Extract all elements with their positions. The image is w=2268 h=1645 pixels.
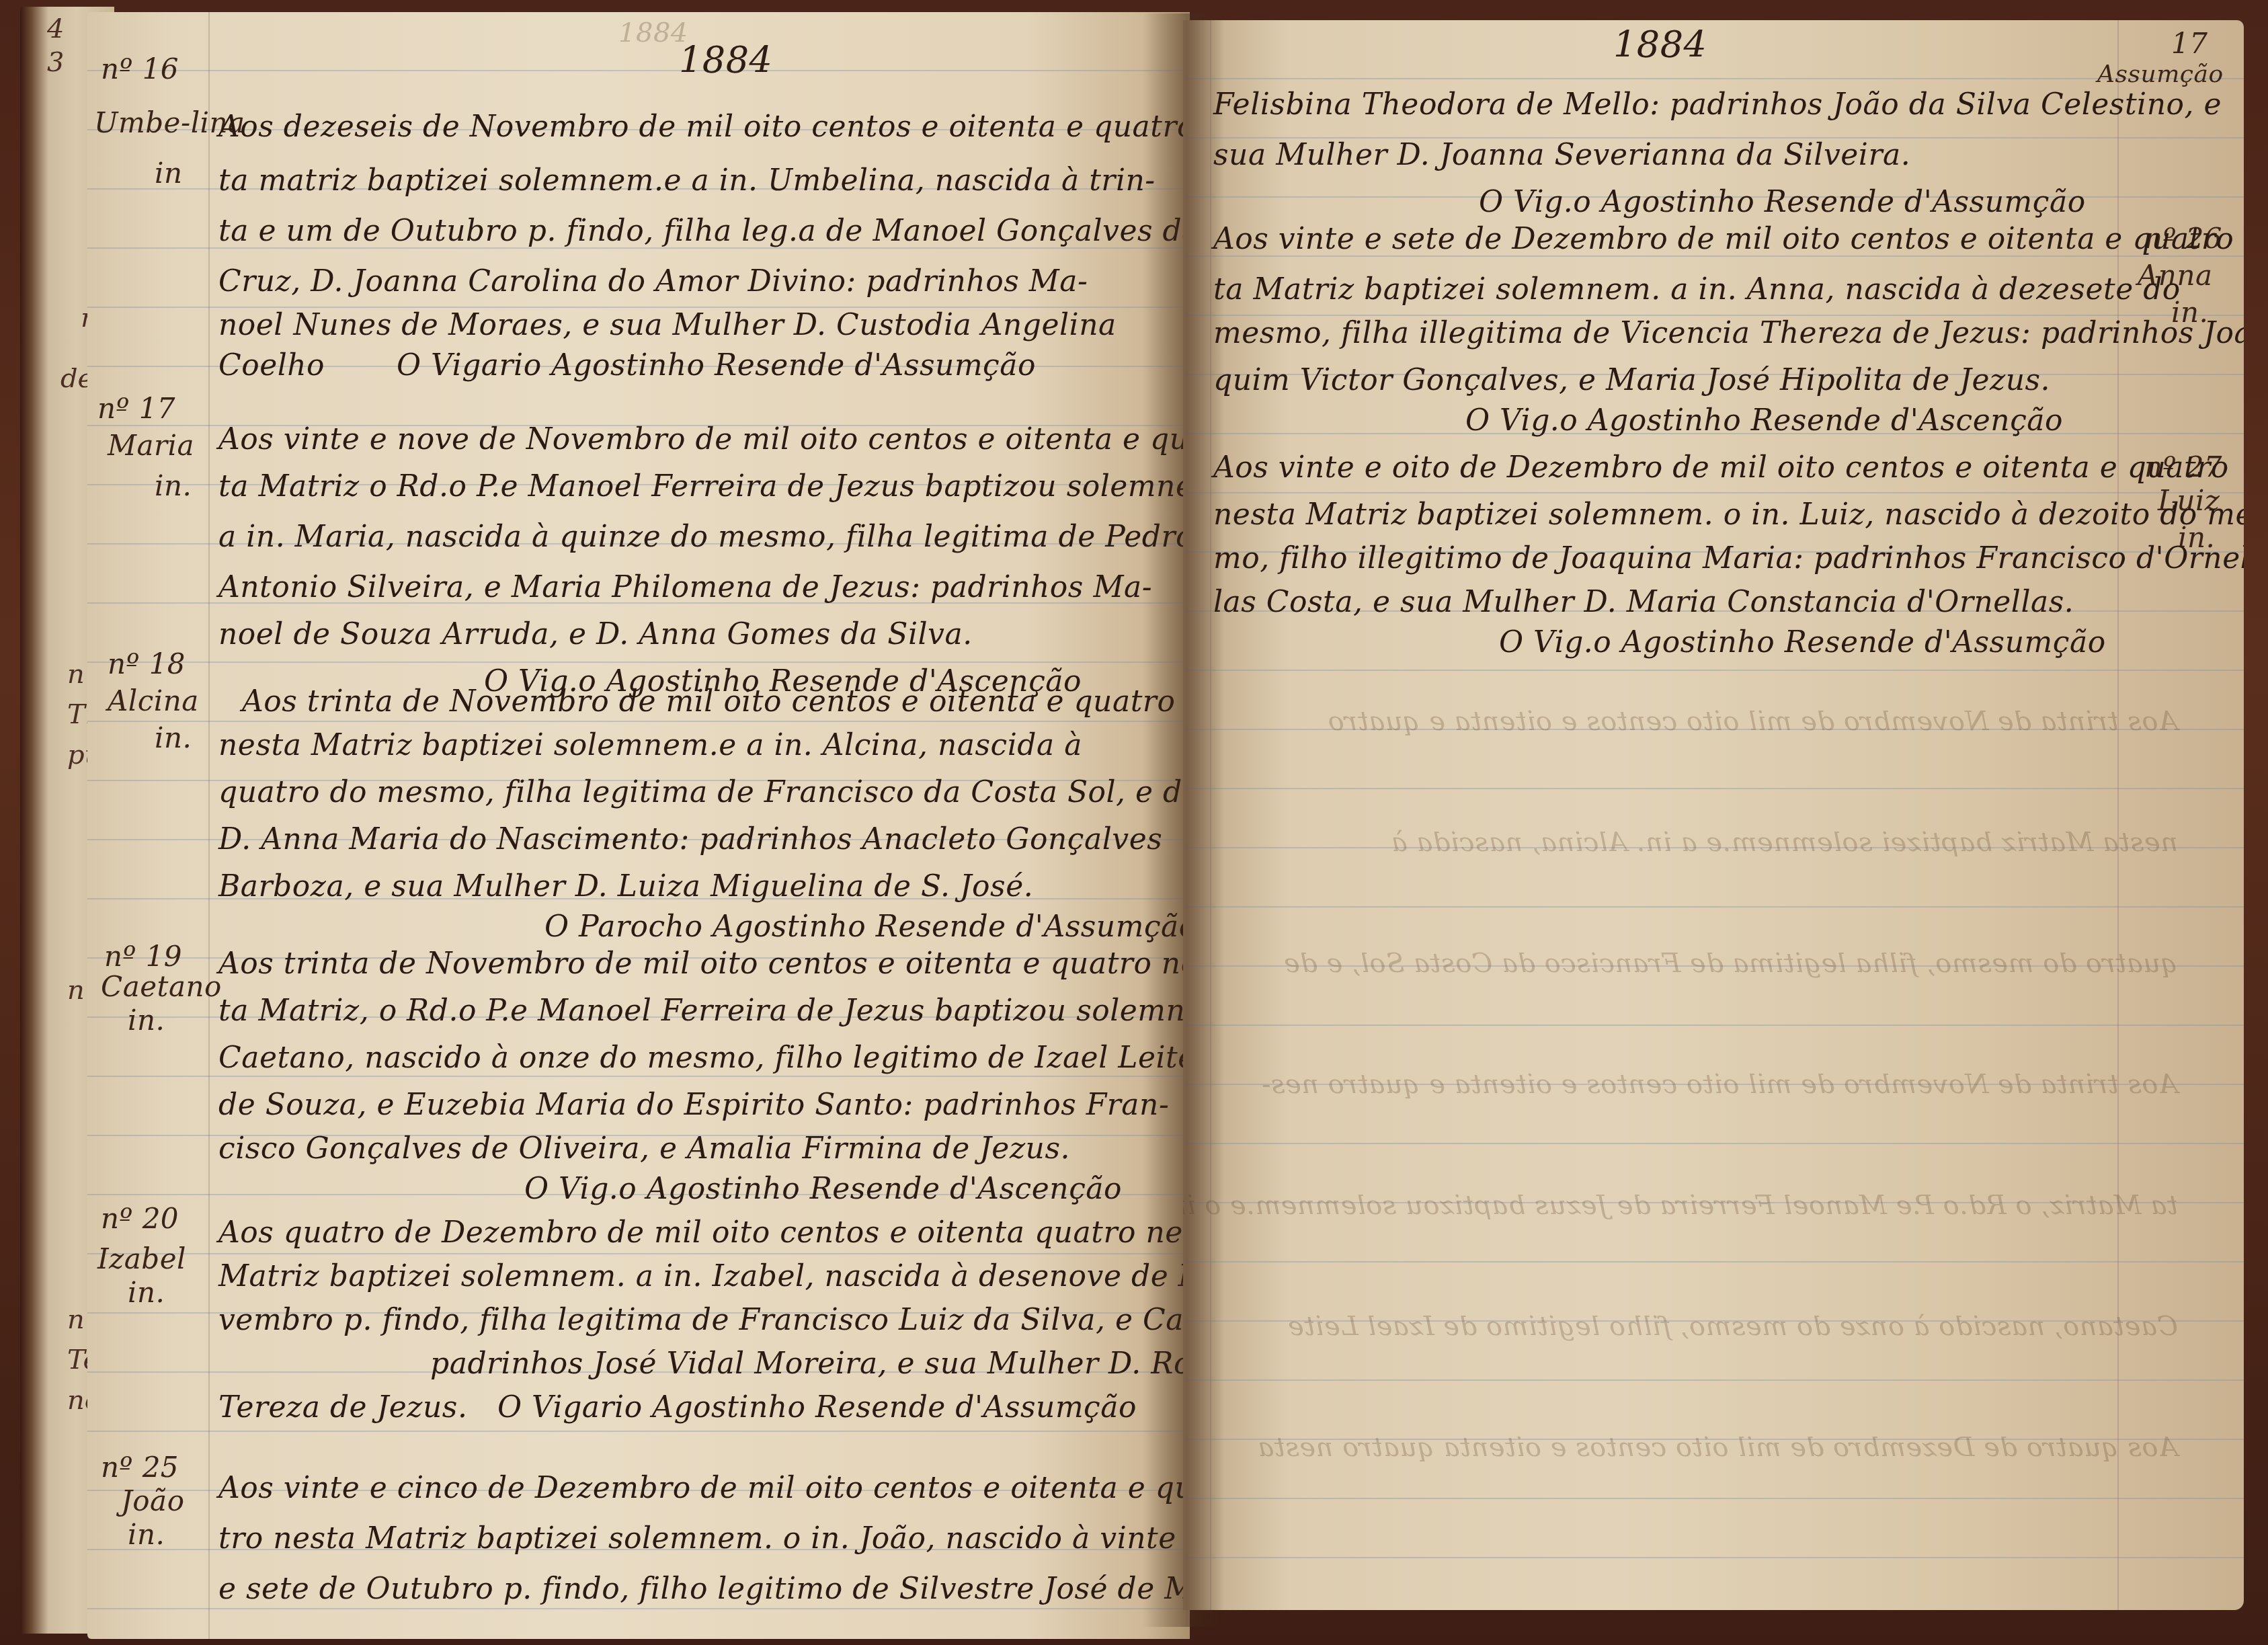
- entry-number: nº 25: [101, 1451, 179, 1484]
- entry-line: las Costa, e sua Mulher D. Maria Constan…: [1213, 585, 2074, 619]
- priest-signature: O Vig.o Agostinho Resende d'Ascenção: [524, 1172, 1122, 1206]
- bleed-line: nesta Matriz baptizei solemnem.e a in. A…: [1391, 827, 2178, 858]
- margin-rule: [1210, 20, 1211, 1610]
- header-year: 1884: [1613, 24, 1707, 66]
- margin-mark: n: [67, 1304, 85, 1335]
- margin-rule: [208, 12, 210, 1639]
- entry-line: quatro do mesmo, filha legitima de Franc…: [218, 775, 1190, 809]
- margin-mark: 4: [47, 13, 64, 44]
- entry-line: Aos vinte e cinco de Dezembro de mil oit…: [218, 1471, 1190, 1505]
- entry-line: e sete de Outubro p. findo, filho legiti…: [218, 1572, 1190, 1606]
- right-page: 1884 17 Assumção Felisbina Theodora de M…: [1183, 20, 2244, 1610]
- left-page: 1884 1884 nº 16 Umbe-lina in Aos dezesei…: [87, 12, 1190, 1639]
- entry-line: ta Matriz, o Rd.o P.e Manoel Ferreira de…: [218, 994, 1190, 1028]
- priest-signature: O Parocho Agostinho Resende d'Assumção: [544, 910, 1190, 944]
- entry-line: Caetano, nascido à onze do mesmo, filho …: [218, 1041, 1190, 1075]
- entry-name-suffix: in.: [128, 1276, 165, 1309]
- bleed-line: Caetano, nascido à onze do mesmo, filho …: [1288, 1311, 2178, 1342]
- entry-line: ta e um de Outubro p. findo, filha leg.a…: [218, 214, 1190, 248]
- entry-line: Coelho: [218, 348, 325, 383]
- entry-number: nº 20: [101, 1202, 179, 1235]
- entry-line: ta Matriz baptizei solemnem. a in. Anna,…: [1213, 272, 2181, 307]
- entry-name: Alcina: [108, 684, 199, 717]
- bleed-line: Aos trinta de Novembro de mil oito cento…: [1261, 1069, 2178, 1100]
- entry-line: mo, filho illegitimo de Joaquina Maria: …: [1213, 541, 2244, 575]
- priest-signature: O Vigario Agostinho Resende d'Assumção: [397, 348, 1036, 383]
- bleed-line: Aos quatro de Dezembro de mil oito cento…: [1258, 1432, 2178, 1463]
- entry-name-suffix: in: [155, 157, 182, 190]
- entry-line: tro nesta Matriz baptizei solemnem. o in…: [218, 1521, 1176, 1556]
- entry-name-suffix: in.: [128, 1518, 165, 1551]
- entry-line: Aos quatro de Dezembro de mil oito cento…: [218, 1215, 1190, 1250]
- priest-signature: O Vig.o Agostinho Resende d'Ascenção: [1465, 403, 2063, 438]
- bleed-through-text: Aos trinta de Novembro de mil oito cento…: [1250, 692, 2178, 1566]
- entry-line: nesta Matriz baptizei solemnem.e a in. A…: [218, 728, 1082, 762]
- page-number: 17: [2171, 27, 2208, 60]
- entry-line: Aos trinta de Novembro de mil oito cento…: [242, 684, 1175, 719]
- entry-line: sua Mulher D. Joanna Severianna da Silve…: [1213, 138, 1910, 172]
- entry-number: nº 18: [108, 647, 186, 680]
- priest-signature: O Vigario Agostinho Resende d'Assumção: [497, 1390, 1137, 1425]
- entry-name-suffix: in.: [128, 1004, 165, 1037]
- entry-line: de Souza, e Euzebia Maria do Espirito Sa…: [218, 1088, 1169, 1122]
- entry-name: João: [121, 1484, 184, 1517]
- entry-name-suffix: in.: [155, 469, 192, 502]
- entry-line: quim Victor Gonçalves, e Maria José Hipo…: [1213, 363, 2050, 397]
- entry-line: Barboza, e sua Mulher D. Luiza Miguelina…: [218, 869, 1033, 904]
- open-register-book: 4 3 n de n Tr pu n n Ter no 1884 1884 nº…: [0, 0, 2268, 1645]
- entry-number: nº 16: [101, 52, 179, 85]
- entry-line: Felisbina Theodora de Mello: padrinhos J…: [1213, 87, 2222, 122]
- entry-line: noel Nunes de Moraes, e sua Mulher D. Cu…: [218, 308, 1117, 342]
- entry-line: a in. Maria, nascida à quinze do mesmo, …: [218, 520, 1190, 554]
- margin-mark: n: [67, 975, 85, 1006]
- entry-line: Aos trinta de Novembro de mil oito cento…: [218, 947, 1190, 981]
- entry-line: ta Matriz o Rd.o P.e Manoel Ferreira de …: [218, 469, 1190, 504]
- margin-mark: 3: [47, 47, 64, 78]
- entry-line: Aos vinte e sete de Dezembro de mil oito…: [1213, 222, 2244, 256]
- entry-line: ta matriz baptizei solemnem.e a in. Umbe…: [218, 163, 1156, 198]
- entry-line: Aos vinte e oito de Dezembro de mil oito…: [1213, 450, 2229, 485]
- margin-mark: n: [67, 659, 85, 690]
- entry-number: nº 17: [97, 392, 175, 425]
- entry-line: noel de Souza Arruda, e D. Anna Gomes da…: [218, 617, 973, 651]
- entry-line: Cruz, D. Joanna Carolina do Amor Divino:…: [218, 264, 1088, 298]
- bleed-line: quatro do mesmo, filha legitima de Franc…: [1284, 948, 2178, 979]
- bleed-line: ta Matriz, o Rd.o P.e Manoel Ferreira de…: [1183, 1190, 2178, 1221]
- faint-header-year: 1884: [618, 17, 688, 48]
- entry-line: padrinhos José Vidal Moreira, e sua Mulh…: [430, 1347, 1190, 1381]
- entry-line: vembro p. findo, filha legitima de Franc…: [218, 1303, 1190, 1337]
- entry-line: Aos vinte e nove de Novembro de mil oito…: [218, 422, 1190, 456]
- priest-signature: O Vig.o Agostinho Resende d'Assumção: [1479, 185, 2086, 219]
- entry-name-suffix: in.: [155, 721, 192, 754]
- entry-name: Caetano: [101, 970, 222, 1003]
- entry-line: Aos dezeseis de Novembro de mil oito cen…: [218, 110, 1190, 144]
- entry-name: Izabel: [97, 1242, 186, 1275]
- entry-line: Antonio Silveira, e Maria Philomena de J…: [218, 570, 1152, 604]
- entry-number: nº 19: [104, 940, 182, 973]
- top-margin-word: Assumção: [2097, 61, 2224, 88]
- bleed-line: Aos trinta de Novembro de mil oito cento…: [1328, 706, 2178, 737]
- entry-line: Matriz baptizei solemnem. a in. Izabel, …: [218, 1259, 1190, 1293]
- header-year: 1884: [679, 39, 772, 81]
- entry-line: mesmo, filha illegitima de Vicencia Ther…: [1213, 316, 2244, 350]
- entry-line: Tereza de Jezus.: [218, 1390, 467, 1425]
- entry-name: Maria: [108, 429, 194, 462]
- priest-signature: O Vig.o Agostinho Resende d'Assumção: [1499, 625, 2106, 659]
- entry-line: nesta Matriz baptizei solemnem. o in. Lu…: [1213, 497, 2244, 532]
- entry-line: D. Anna Maria do Nascimento: padrinhos A…: [218, 822, 1162, 856]
- entry-line: cisco Gonçalves de Oliveira, e Amalia Fi…: [218, 1131, 1070, 1166]
